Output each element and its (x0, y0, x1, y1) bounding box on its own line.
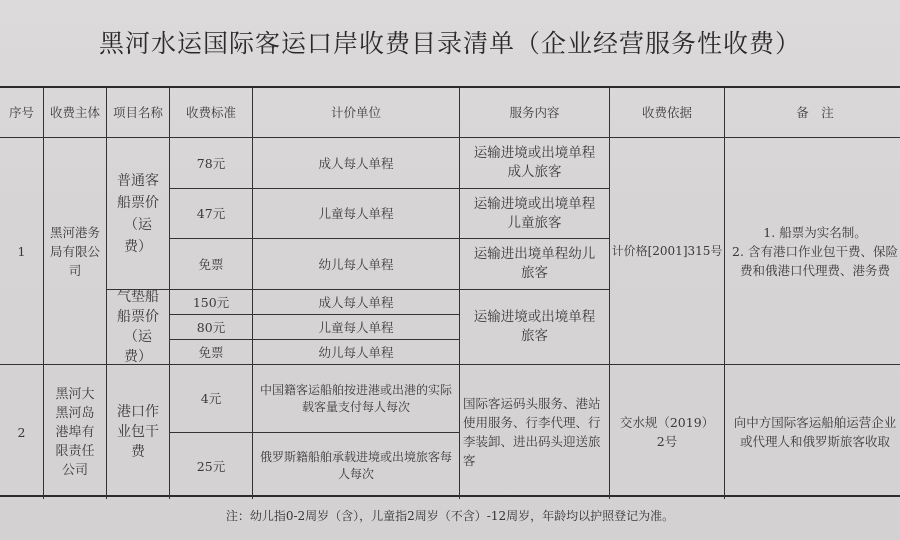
item-name-cell: 普通客船票价（运费） (107, 138, 170, 290)
seq-cell: 2 (0, 365, 44, 499)
service-cell: 运输进境或出境单程旅客 (460, 290, 610, 365)
basis-cell: 计价格[2001]315号 (610, 138, 725, 365)
standard-cell: 80元 (170, 315, 253, 340)
unit-cell: 幼儿每人单程 (253, 239, 460, 290)
standard-cell: 免票 (170, 340, 253, 365)
unit-cell: 儿童每人单程 (253, 315, 460, 340)
entity-cell: 黑河大黑河岛港埠有限责任公司 (44, 365, 107, 499)
header-entity: 收费主体 (44, 88, 107, 138)
item-name-cell: 港口作业包干费 (107, 365, 170, 499)
standard-cell: 150元 (170, 290, 253, 315)
item-name-cell: 气垫船船票价（运费） (107, 290, 170, 365)
unit-cell: 成人每人单程 (253, 290, 460, 315)
header-remarks: 备 注 (725, 88, 900, 138)
seq-cell: 1 (0, 138, 44, 365)
header-service: 服务内容 (460, 88, 610, 138)
service-cell: 运输进出境单程幼儿旅客 (460, 239, 610, 290)
basis-cell: 交水规（2019）2号 (610, 365, 725, 499)
header-basis: 收费依据 (610, 88, 725, 138)
service-cell: 运输进境或出境单程儿童旅客 (460, 189, 610, 239)
standard-cell: 78元 (170, 138, 253, 189)
unit-cell: 成人每人单程 (253, 138, 460, 189)
unit-cell: 儿童每人单程 (253, 189, 460, 239)
unit-cell: 中国籍客运船舶按进港或出港的实际载客量支付每人每次 (253, 365, 460, 433)
fee-table: 序号 收费主体 项目名称 收费标准 计价单位 服务内容 收费依据 备 注 1 黑… (0, 86, 900, 497)
header-item-name: 项目名称 (107, 88, 170, 138)
standard-cell: 25元 (170, 433, 253, 499)
header-seq: 序号 (0, 88, 44, 138)
unit-cell: 俄罗斯籍船舶承载进境或出境旅客每人每次 (253, 433, 460, 499)
remarks-cell: 向中方国际客运船舶运营企业或代理人和俄罗斯旅客收取 (725, 365, 900, 499)
document-title: 黑河水运国际客运口岸收费目录清单（企业经营服务性收费） (0, 24, 900, 60)
header-standard: 收费标准 (170, 88, 253, 138)
remarks-cell: 1. 船票为实名制。 2. 含有港口作业包干费、保险费和俄港口代理费、港务费 (725, 138, 900, 365)
service-cell: 运输进境或出境单程成人旅客 (460, 138, 610, 189)
entity-cell: 黑河港务局有限公司 (44, 138, 107, 365)
footnote: 注：幼儿指0-2周岁（含），儿童指2周岁（不含）-12周岁，年龄均以护照登记为准… (0, 507, 900, 524)
unit-cell: 幼儿每人单程 (253, 340, 460, 365)
standard-cell: 47元 (170, 189, 253, 239)
standard-cell: 免票 (170, 239, 253, 290)
header-unit: 计价单位 (253, 88, 460, 138)
service-cell: 国际客运码头服务、港站使用服务、行李代理、行李装卸、进出码头迎送旅客 (460, 365, 610, 499)
standard-cell: 4元 (170, 365, 253, 433)
